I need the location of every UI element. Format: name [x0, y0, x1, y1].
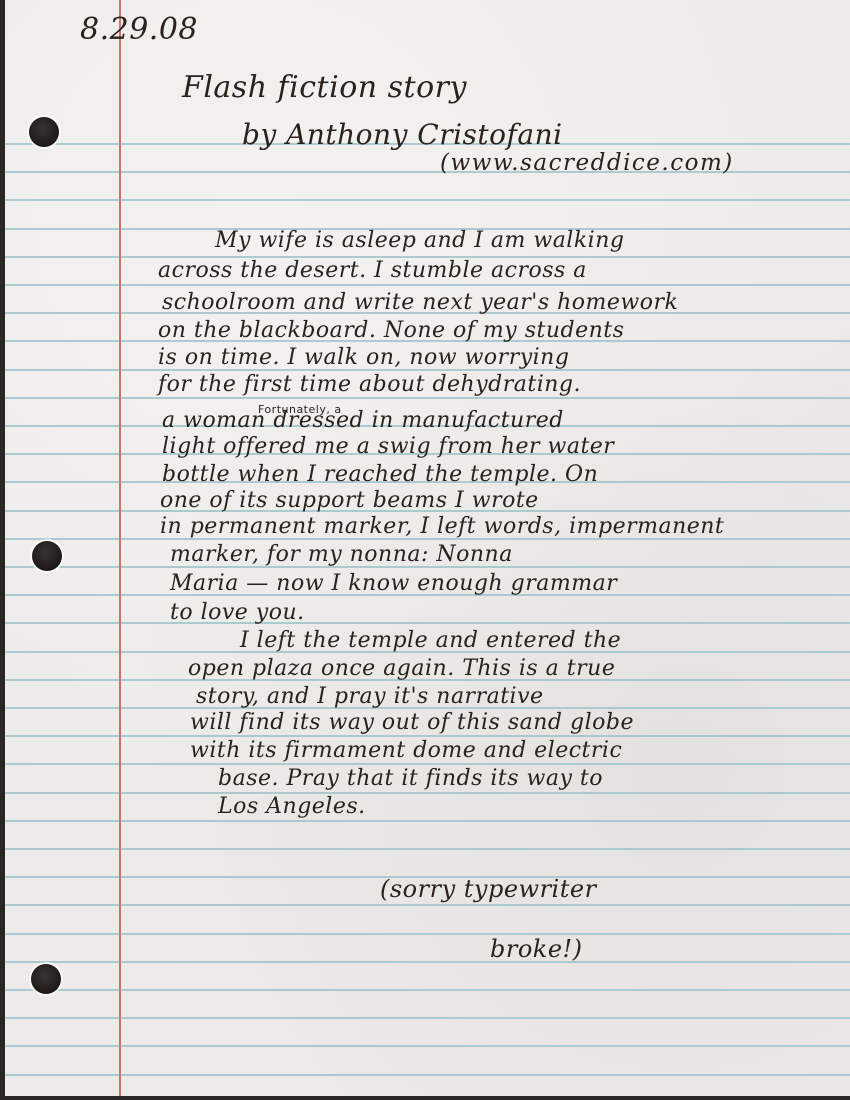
inserted-note: Fortunately, a: [258, 403, 342, 416]
ruled-line: [5, 933, 850, 935]
byline: by Anthony Cristofani: [242, 118, 563, 151]
margin-line: [119, 0, 121, 1096]
story-line: I left the temple and entered the: [240, 628, 621, 653]
postscript-line-1: (sorry typewriter: [380, 875, 597, 903]
ruled-line: [5, 1017, 850, 1019]
hole-punch-bottom: [31, 964, 61, 994]
hole-punch-top: [29, 117, 59, 147]
story-line: in permanent marker, I left words, imper…: [160, 514, 724, 539]
story-line: to love you.: [170, 600, 305, 625]
ruled-line: [5, 848, 850, 850]
website: (www.sacreddice.com): [440, 150, 734, 176]
ruled-line: [5, 792, 850, 794]
story-line: marker, for my nonna: Nonna: [170, 542, 513, 567]
ruled-line: [5, 397, 850, 399]
story-line: is on time. I walk on, now worrying: [158, 345, 569, 370]
story-line: one of its support beams I wrote: [160, 488, 539, 513]
story-line: Maria — now I know enough grammar: [170, 571, 617, 596]
story-title: Flash fiction story: [182, 70, 467, 105]
ruled-line: [5, 1045, 850, 1047]
ruled-line: [5, 199, 850, 201]
ruled-line: [5, 1074, 850, 1076]
story-line: bottle when I reached the temple. On: [162, 462, 598, 487]
ruled-line: [5, 820, 850, 822]
story-line: with its firmament dome and electric: [190, 738, 622, 763]
story-line: will find its way out of this sand globe: [190, 710, 634, 735]
date: 8.29.08: [80, 12, 198, 47]
hole-punch-middle: [32, 541, 62, 571]
story-line: Los Angeles.: [218, 794, 366, 819]
story-line: on the blackboard. None of my students: [158, 318, 624, 343]
ruled-line: [5, 763, 850, 765]
story-line: My wife is asleep and I am walking: [215, 228, 624, 253]
postscript-line-2: broke!): [490, 935, 583, 963]
story-line: schoolroom and write next year's homewor…: [162, 290, 678, 315]
ruled-line: [5, 284, 850, 286]
story-line: for the first time about dehydrating.: [158, 372, 581, 397]
story-line: a woman dressed in manufactured: [162, 408, 564, 433]
story-line: base. Pray that it finds its way to: [218, 766, 603, 791]
ruled-line: [5, 622, 850, 624]
story-line: story, and I pray it's narrative: [196, 684, 544, 709]
ruled-line: [5, 904, 850, 906]
page-bottom-edge: [0, 1096, 850, 1100]
ruled-line: [5, 961, 850, 963]
story-line: light offered me a swig from her water: [162, 434, 614, 459]
story-line: across the desert. I stumble across a: [158, 258, 587, 283]
story-line: open plaza once again. This is a true: [188, 656, 615, 681]
ruled-line: [5, 735, 850, 737]
ruled-line: [5, 989, 850, 991]
